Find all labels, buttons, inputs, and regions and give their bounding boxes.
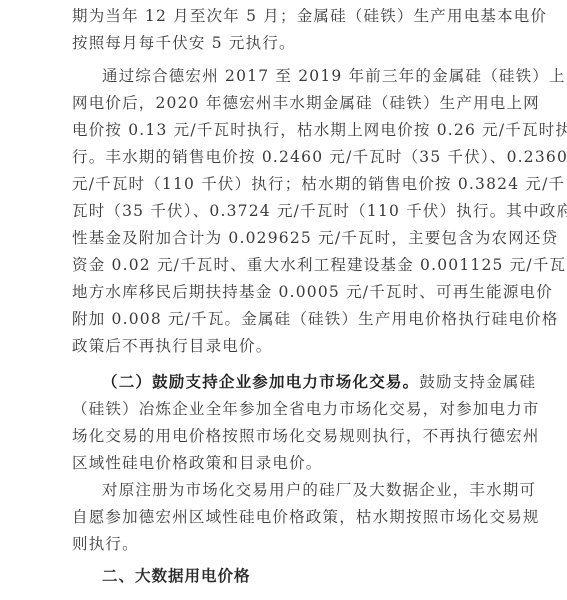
document-page: 期为当年 12 月至次年 5 月；金属硅（硅铁）生产用电基本电价 按照每月每千伏… (0, 0, 567, 600)
text-line: 性基金及附加合计为 0.029625 元/千瓦时，主要包含为农网还贷 (72, 228, 492, 248)
text-line: 则执行。 (72, 534, 492, 554)
text-line: 地方水库移民后期扶持基金 0.0005 元/千瓦时、可再生能源电价 (72, 282, 492, 302)
text-line: 期为当年 12 月至次年 5 月；金属硅（硅铁）生产用电基本电价 (72, 6, 492, 26)
text-line: 电价按 0.13 元/千瓦时执行，枯水期上网电价按 0.26 元/千瓦时执 (72, 120, 492, 140)
text-line: 按照每月每千伏安 5 元执行。 (72, 33, 492, 53)
text-line: 政策后不再执行目录电价。 (72, 336, 492, 356)
subsection-line: （二）鼓励支持企业参加电力市场化交易。鼓励支持金属硅 (102, 372, 492, 392)
section-heading: 二、大数据用电价格 (102, 566, 251, 586)
paragraph-start: 对原注册为市场化交易用户的硅厂及大数据企业，丰水期可 (102, 480, 492, 500)
text-line: （硅铁）冶炼企业全年参加全省电力市场化交易，对参加电力市 (72, 399, 492, 419)
paragraph-start: 通过综合德宏州 2017 至 2019 年前三年的金属硅（硅铁）上 (102, 66, 492, 86)
subsection-text: 鼓励支持金属硅 (419, 373, 536, 391)
subsection-title: （二）鼓励支持企业参加电力市场化交易。 (102, 372, 419, 391)
text-line: 行。丰水期的销售电价按 0.2460 元/千瓦时（35 千伏）、0.2360 (72, 147, 492, 167)
text-line: 场化交易的用电价格按照市场化交易规则执行，不再执行德宏州 (72, 426, 492, 446)
text-line: 附加 0.008 元/千瓦。金属硅（硅铁）生产用电价格执行硅电价格 (72, 309, 492, 329)
text-line: 资金 0.02 元/千瓦时、重大水利工程建设基金 0.001125 元/千瓦时、 (72, 255, 492, 275)
text-line: 网电价后，2020 年德宏州丰水期金属硅（硅铁）生产用电上网 (72, 93, 492, 113)
text-line: 瓦时（35 千伏）、0.3724 元/千瓦时（110 千伏）执行。其中政府 (72, 201, 492, 221)
text-line: 自愿参加德宏州区域性硅电价格政策，枯水期按照市场化交易规 (72, 507, 492, 527)
text-line: 元/千瓦时（110 千伏）执行；枯水期的销售电价按 0.3824 元/千 (72, 174, 492, 194)
text-line: 区域性硅电价格政策和目录电价。 (72, 453, 492, 473)
